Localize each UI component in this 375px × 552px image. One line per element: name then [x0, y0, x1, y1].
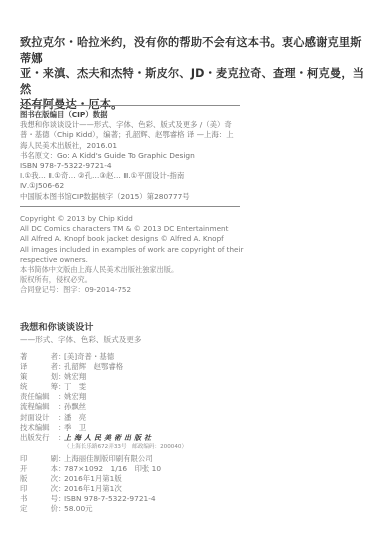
credit-value: 58.00元: [64, 504, 93, 514]
dedication-paragraph: 致拉克尔・哈拉米约，没有你的帮助不会有这本书。衷心感谢克里斯蒂娜 亚・来滇、杰夫…: [20, 35, 365, 113]
credit-cover-design: 封面设计：潘 亮: [20, 413, 187, 423]
credit-value: 孙飘丝: [64, 402, 86, 412]
credit-value: 丁 雯: [64, 382, 86, 392]
cip-data-block: 图书在版编目（CIP）数据 我想和你谈谈设计——形式、字体、色彩、版式及更多 /…: [20, 110, 242, 202]
credit-label: 书号: [20, 494, 58, 504]
cip-line: 书名原文：Go: A Kidd's Guide To Graphic Desig…: [20, 151, 242, 161]
credit-label: 出版发行: [20, 433, 58, 443]
publisher-logo: 上海人民美術出版社: [64, 433, 154, 443]
credit-label: 开本: [20, 464, 58, 474]
credit-tech-editor: 技术编辑：季 卫: [20, 423, 187, 433]
credit-value: 姚宏翔: [64, 372, 86, 382]
book-info-block: 我想和你谈谈设计 ——形式、字体、色彩、版式及更多 著者：[美]奇普・基德 译者…: [20, 322, 187, 514]
print-format: 开本：787×1092 1/16 印张 10: [20, 464, 187, 474]
cip-line: 中国版本图书馆CIP数据核字（2015）第280777号: [20, 192, 242, 202]
cip-line: 普・基德（Chip Kidd），编著；孔韶辉、赵鄂睿格 译 —上海：上: [20, 130, 242, 140]
credit-label: 版次: [20, 474, 58, 484]
copyright-line: All images included in examples of work …: [20, 245, 250, 255]
print-impression: 印次：2016年1月第1次: [20, 484, 187, 494]
credit-label: 译者: [20, 362, 58, 372]
credit-value: 姚宏翔: [64, 392, 86, 402]
credits-list: 著者：[美]奇普・基德 译者：孔韶辉 赵鄂睿格 策划：姚宏翔 统筹：丁 雯 责任…: [20, 352, 187, 452]
credit-value: 孔韶辉 赵鄂睿格: [64, 362, 123, 372]
credit-value: 潘 亮: [64, 413, 86, 423]
credit-label: 著者: [20, 352, 58, 362]
credit-value: ISBN 978-7-5322-9721-4: [64, 494, 156, 504]
cip-line: 海人民美术出版社，2016.01: [20, 141, 242, 151]
copyright-line: All DC Comics characters TM & © 2013 DC …: [20, 224, 250, 234]
credit-label: 定价: [20, 504, 58, 514]
credit-label: 策划: [20, 372, 58, 382]
credit-value: [美]奇普・基德: [64, 352, 114, 362]
credit-publisher: 出版发行：上海人民美術出版社: [20, 433, 187, 443]
cip-line: 我想和你谈谈设计——形式、字体、色彩、版式及更多 /（美）奇: [20, 120, 242, 130]
credit-value: 上海丽佳制版印刷有限公司: [64, 454, 153, 464]
credit-planning: 策划：姚宏翔: [20, 372, 187, 382]
copyright-line: 版权所有，侵权必究。: [20, 275, 250, 285]
dedication-line: 致拉克尔・哈拉米约，没有你的帮助不会有这本书。衷心感谢克里斯蒂娜: [20, 35, 365, 66]
credit-value: 2016年1月第1次: [64, 484, 122, 494]
credit-label: 流程编辑: [20, 402, 58, 412]
credit-label: 印刷: [20, 454, 58, 464]
credit-label: 技术编辑: [20, 423, 58, 433]
print-price: 定价：58.00元: [20, 504, 187, 514]
copyright-line: 本书简体中文版由上海人民美术出版社独家出版。: [20, 265, 250, 275]
divider-top: [20, 105, 240, 106]
publisher-address: （上海长乐路672弄33号 邮政编码：200040）: [20, 443, 187, 452]
dedication-line: 亚・来滇、杰夫和杰特・斯皮尔、JD・麦克拉奇、查理・柯克曼，当然: [20, 66, 365, 97]
cip-line: Ⅰ.①我… Ⅱ.①奇… ②孔…③赵… Ⅲ.①平面设计-指南: [20, 171, 242, 181]
credit-label: 印次: [20, 484, 58, 494]
copyright-line: respective owners.: [20, 255, 250, 265]
credit-label: 统筹: [20, 382, 58, 392]
print-printer: 印刷：上海丽佳制版印刷有限公司: [20, 454, 187, 464]
copyright-block: Copyright © 2013 by Chip Kidd All DC Com…: [20, 214, 250, 296]
cip-line: ISBN 978-7-5322-9721-4: [20, 161, 242, 171]
credit-editor: 责任编辑：姚宏翔: [20, 392, 187, 402]
cip-line: Ⅳ.①J506-62: [20, 181, 242, 191]
print-isbn: 书号：ISBN 978-7-5322-9721-4: [20, 494, 187, 504]
credit-author: 著者：[美]奇普・基德: [20, 352, 187, 362]
divider-bottom: [20, 206, 240, 207]
credit-coordination: 统筹：丁 雯: [20, 382, 187, 392]
credit-translator: 译者：孔韶辉 赵鄂睿格: [20, 362, 187, 372]
credit-value: 2016年1月第1版: [64, 474, 122, 484]
print-info-list: 印刷：上海丽佳制版印刷有限公司 开本：787×1092 1/16 印张 10 版…: [20, 454, 187, 515]
copyright-line: Copyright © 2013 by Chip Kidd: [20, 214, 250, 224]
credit-process-editor: 流程编辑：孙飘丝: [20, 402, 187, 412]
credit-value: 季 卫: [64, 423, 86, 433]
credit-label: 封面设计: [20, 413, 58, 423]
cip-title: 图书在版编目（CIP）数据: [20, 110, 242, 120]
credit-label: 责任编辑: [20, 392, 58, 402]
copyright-line: All Alfred A. Knopf book jacket designs …: [20, 234, 250, 244]
print-edition: 版次：2016年1月第1版: [20, 474, 187, 484]
book-subtitle: ——形式、字体、色彩、版式及更多: [20, 334, 187, 345]
copyright-line: 合同登记号：图字：09-2014-752: [20, 285, 250, 295]
credit-value: 787×1092 1/16 印张 10: [64, 464, 161, 474]
book-title: 我想和你谈谈设计: [20, 322, 187, 334]
